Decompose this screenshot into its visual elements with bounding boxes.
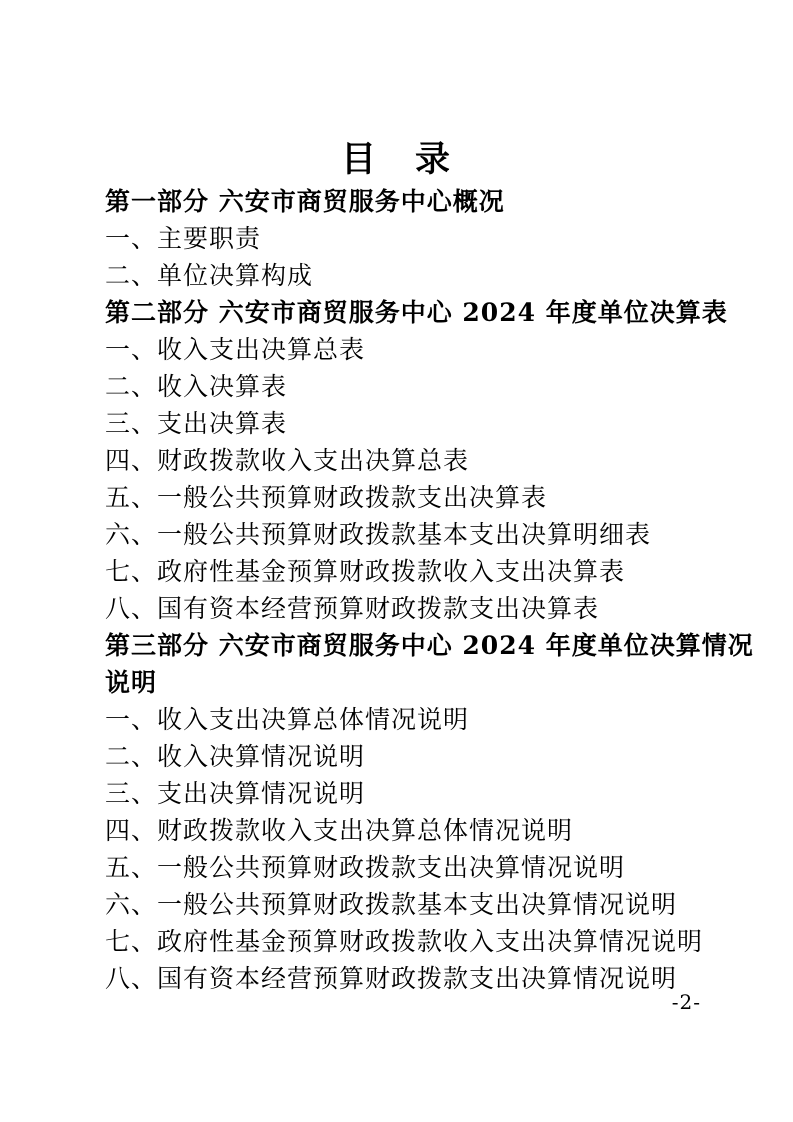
toc-line: 二、单位决算构成 <box>105 257 705 294</box>
page-title: 目 录 <box>0 138 793 182</box>
toc-line: 四、财政拨款收入支出决算总体情况说明 <box>105 812 705 849</box>
toc-line: 八、国有资本经营预算财政拨款支出决算表 <box>105 590 705 627</box>
page-number: -2- <box>672 990 701 1014</box>
toc-line: 第一部分 六安市商贸服务中心概况 <box>105 183 705 220</box>
toc-line: 二、收入决算表 <box>105 368 705 405</box>
toc-line: 第二部分 六安市商贸服务中心 2024 年度单位决算表 <box>105 294 705 331</box>
toc-line: 六、一般公共预算财政拨款基本支出决算情况说明 <box>105 886 705 923</box>
toc-line: 六、一般公共预算财政拨款基本支出决算明细表 <box>105 516 705 553</box>
toc-list: 第一部分 六安市商贸服务中心概况一、主要职责二、单位决算构成第二部分 六安市商贸… <box>105 183 705 997</box>
toc-line: 五、一般公共预算财政拨款支出决算情况说明 <box>105 849 705 886</box>
toc-line: 三、支出决算情况说明 <box>105 775 705 812</box>
toc-line: 一、主要职责 <box>105 220 705 257</box>
toc-line: 说明 <box>105 664 705 701</box>
toc-line: 第三部分 六安市商贸服务中心 2024 年度单位决算情况 <box>105 627 705 664</box>
document-page: 目 录 第一部分 六安市商贸服务中心概况一、主要职责二、单位决算构成第二部分 六… <box>0 0 793 1122</box>
toc-line: 一、收入支出决算总表 <box>105 331 705 368</box>
toc-line: 七、政府性基金预算财政拨款收入支出决算情况说明 <box>105 923 705 960</box>
toc-line: 三、支出决算表 <box>105 405 705 442</box>
toc-line: 五、一般公共预算财政拨款支出决算表 <box>105 479 705 516</box>
toc-line: 七、政府性基金预算财政拨款收入支出决算表 <box>105 553 705 590</box>
toc-line: 四、财政拨款收入支出决算总表 <box>105 442 705 479</box>
toc-line: 八、国有资本经营预算财政拨款支出决算情况说明 <box>105 960 705 997</box>
toc-line: 一、收入支出决算总体情况说明 <box>105 701 705 738</box>
toc-line: 二、收入决算情况说明 <box>105 738 705 775</box>
